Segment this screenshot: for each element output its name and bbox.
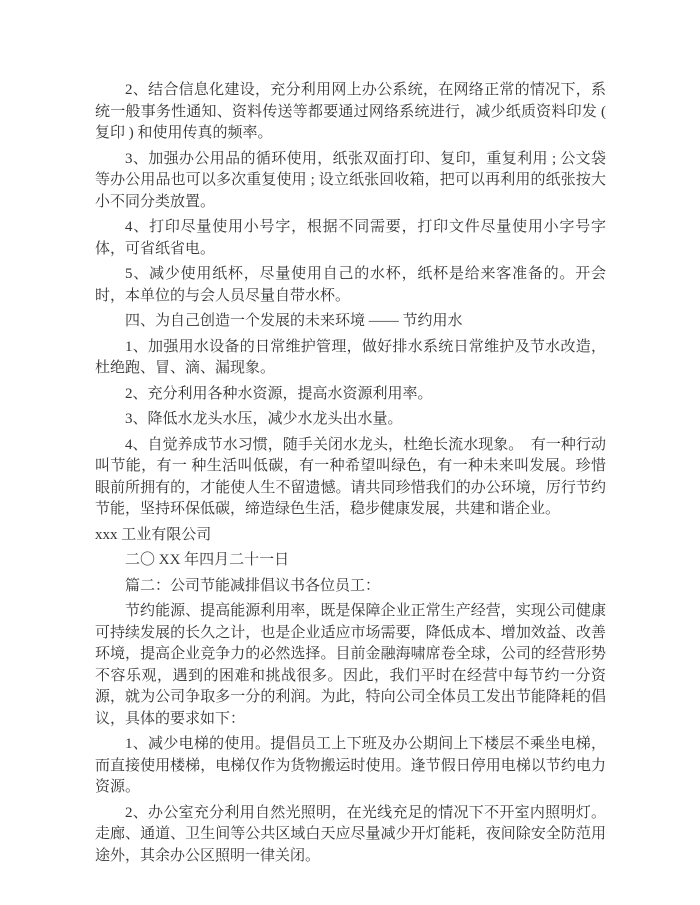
paragraph: 2、办公室充分利用自然光照明，在光线充足的情况下不开室内照明灯。走廊、通道、卫生… xyxy=(95,803,606,868)
paragraph: 4、打印尽量使用小号字，根据不同需要，打印文件尽量使用小字号字体，可省纸省电。 xyxy=(95,217,606,260)
paragraph: 2、充分利用各种水资源，提高水资源利用率。 xyxy=(95,384,606,406)
paragraph: 1、减少电梯的使用。提倡员工上下班及办公期间上下楼层不乘坐电梯，而直接使用楼梯，… xyxy=(95,734,606,799)
paragraph: 1、加强用水设备的日常维护管理，做好排水系统日常维护及节水改造，杜绝跑、冒、滴、… xyxy=(95,337,606,380)
section-heading: 篇二：公司节能减排倡议书各位员工： xyxy=(95,576,606,598)
signature-date: 二〇 XX 年四月二十一日 xyxy=(95,550,606,572)
paragraph: 3、降低水龙头水压，减少水龙头出水量。 xyxy=(95,409,606,431)
section-heading: 四、为自己创造一个发展的未来环境 —— 节约用水 xyxy=(95,311,606,333)
document-page: 2、结合信息化建设，充分利用网上办公系统，在网络正常的情况下，系统一般事务性通知… xyxy=(0,0,700,905)
paragraph: 5、减少使用纸杯，尽量使用自己的水杯，纸杯是给来客准备的。开会时，本单位的与会人… xyxy=(95,264,606,307)
paragraph: 2、结合信息化建设，充分利用网上办公系统，在网络正常的情况下，系统一般事务性通知… xyxy=(95,80,606,145)
paragraph: 3、加强办公用品的循环使用，纸张双面打印、复印，重复利用 ; 公文袋等办公用品也… xyxy=(95,149,606,214)
paragraph: 4、自觉养成节水习惯，随手关闭水龙头，杜绝长流水现象。 有一种行动叫节能，有一 … xyxy=(95,435,606,521)
signature-company: xxx 工业有限公司 xyxy=(95,525,606,547)
document-text-body: 2、结合信息化建设，充分利用网上办公系统，在网络正常的情况下，系统一般事务性通知… xyxy=(95,80,606,871)
paragraph: 节约能源、提高能源利用率，既是保障企业正常生产经营，实现公司健康可持续发展的长久… xyxy=(95,601,606,730)
